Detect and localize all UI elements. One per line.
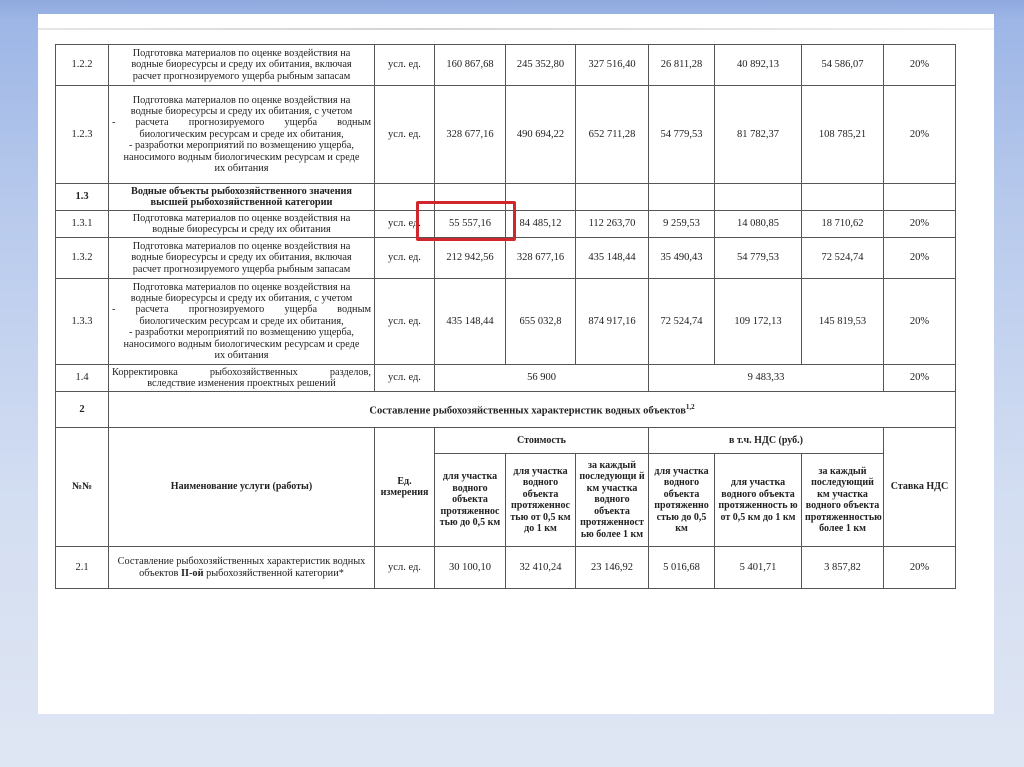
- vat-amount-value: 81 782,37: [715, 86, 802, 184]
- vat-rate: 20%: [884, 238, 956, 279]
- empty-cell: [576, 184, 649, 211]
- cost-value: 212 942,56: [435, 238, 506, 279]
- vat-amount-value: 35 490,43: [649, 238, 715, 279]
- unit-cell: усл. ед.: [375, 547, 435, 589]
- table-row: 1.2.2Подготовка материалов по оценке воз…: [56, 45, 956, 86]
- description-line: высшей рыбохозяйственной категории: [112, 197, 371, 208]
- empty-cell: [506, 184, 576, 211]
- row-number: 1.4: [56, 365, 109, 392]
- vat-amount-value: 14 080,85: [715, 211, 802, 238]
- table-row: 2.1Составление рыбохозяйственных характе…: [56, 547, 956, 589]
- unit-cell: усл. ед.: [375, 238, 435, 279]
- header-vat-group: в т.ч. НДС (руб.): [649, 428, 884, 454]
- description-line: Подготовка материалов по оценке воздейст…: [112, 48, 371, 59]
- description-line: Подготовка материалов по оценке воздейст…: [112, 282, 371, 293]
- cost-value: 435 148,44: [435, 279, 506, 365]
- description-line: водные биоресурсы и среду их обитания, в…: [112, 59, 371, 70]
- vat-amount-value: 72 524,74: [649, 279, 715, 365]
- row-number: 1.2.3: [56, 86, 109, 184]
- table-row: 1.3.3Подготовка материалов по оценке воз…: [56, 279, 956, 365]
- table-row: 1.2.3Подготовка материалов по оценке воз…: [56, 86, 956, 184]
- vat-amount-value: 26 811,28: [649, 45, 715, 86]
- vat-rate: 20%: [884, 45, 956, 86]
- header-vat-col: для участка водного объекта протяженно с…: [649, 454, 715, 547]
- description-line: расчет прогнозируемого ущерба рыбным зап…: [112, 71, 371, 82]
- vat-amount-merged: 9 483,33: [649, 365, 884, 392]
- vat-amount-value: 145 819,53: [802, 279, 884, 365]
- service-description: Подготовка материалов по оценке воздейст…: [109, 45, 375, 86]
- section-title-row: 2Составление рыбохозяйственных характери…: [56, 392, 956, 428]
- cost-value: 874 917,16: [576, 279, 649, 365]
- vat-amount-value: 40 892,13: [715, 45, 802, 86]
- description-text: рыбохозяйственной категории*: [204, 568, 344, 579]
- section-number: 2: [56, 392, 109, 428]
- empty-cell: [649, 184, 715, 211]
- service-description: Подготовка материалов по оценке воздейст…: [109, 279, 375, 365]
- vat-amount-value: 72 524,74: [802, 238, 884, 279]
- description-line: биологическим ресурсам и среде их обитан…: [112, 129, 371, 140]
- header-cost-col: для участка водного объекта протяженнос …: [506, 454, 576, 547]
- vat-amount-value: 54 779,53: [715, 238, 802, 279]
- section-title: Составление рыбохозяйственных характерис…: [109, 392, 956, 428]
- header-number: №№: [56, 428, 109, 547]
- description-line: - расчета прогнозируемого ущерба водным: [112, 117, 371, 128]
- cost-value: 112 263,70: [576, 211, 649, 238]
- highlight-box: [416, 201, 516, 241]
- cost-value: 245 352,80: [506, 45, 576, 86]
- empty-cell: [802, 184, 884, 211]
- section-heading: Водные объекты рыбохозяйственного значен…: [109, 184, 375, 211]
- vat-amount-value: 18 710,62: [802, 211, 884, 238]
- cost-value: 490 694,22: [506, 86, 576, 184]
- description-line: Подготовка материалов по оценке воздейст…: [112, 213, 371, 224]
- vat-amount-value: 54 586,07: [802, 45, 884, 86]
- unit-cell: усл. ед.: [375, 86, 435, 184]
- description-line: Подготовка материалов по оценке воздейст…: [112, 241, 371, 252]
- vat-amount-value: 54 779,53: [649, 86, 715, 184]
- description-line: наносимого водным биологическим ресурсам…: [112, 152, 371, 163]
- empty-cell: [715, 184, 802, 211]
- vat-rate: 20%: [884, 86, 956, 184]
- cost-value: 30 100,10: [435, 547, 506, 589]
- vat-rate: 20%: [884, 211, 956, 238]
- vat-rate: 20%: [884, 547, 956, 589]
- description-line: - разработки мероприятий по возмещению у…: [112, 140, 371, 151]
- row-number: 1.3.2: [56, 238, 109, 279]
- empty-cell: [884, 184, 956, 211]
- unit-cell: усл. ед.: [375, 365, 435, 392]
- row-number: 1.3.1: [56, 211, 109, 238]
- service-description: Подготовка материалов по оценке воздейст…: [109, 238, 375, 279]
- cost-value: 328 677,16: [506, 238, 576, 279]
- description-line: их обитания: [112, 163, 371, 174]
- cost-value: 327 516,40: [576, 45, 649, 86]
- header-name: Наименование услуги (работы): [109, 428, 375, 547]
- vat-rate: 20%: [884, 279, 956, 365]
- table-row: 1.4Корректировка рыбохозяйственных разде…: [56, 365, 956, 392]
- cost-value: 23 146,92: [576, 547, 649, 589]
- header-unit: Ед. измерения: [375, 428, 435, 547]
- description-line: Водные объекты рыбохозяйственного значен…: [112, 186, 371, 197]
- cost-value: 328 677,16: [435, 86, 506, 184]
- description-line: - расчета прогнозируемого ущерба водным: [112, 304, 371, 315]
- unit-cell: усл. ед.: [375, 279, 435, 365]
- vat-amount-value: 5 016,68: [649, 547, 715, 589]
- vat-amount-value: 109 172,13: [715, 279, 802, 365]
- row-number: 2.1: [56, 547, 109, 589]
- section-title-text: Составление рыбохозяйственных характерис…: [369, 405, 686, 416]
- description-line: - разработки мероприятий по возмещению у…: [112, 327, 371, 338]
- description-text: II-ой: [181, 568, 204, 579]
- service-description: Корректировка рыбохозяйственных разделов…: [109, 365, 375, 392]
- description-line: водные биоресурсы и среду их обитания, в…: [112, 252, 371, 263]
- header-cost-col: за каждый последующи й км участка водног…: [576, 454, 649, 547]
- description-line: расчет прогнозируемого ущерба рыбным зап…: [112, 264, 371, 275]
- row-number: 1.2.2: [56, 45, 109, 86]
- row-number: 1.3.3: [56, 279, 109, 365]
- vat-rate: 20%: [884, 365, 956, 392]
- description-line: их обитания: [112, 350, 371, 361]
- header-row: №№Наименование услуги (работы)Ед. измере…: [56, 428, 956, 454]
- cost-value: 655 032,8: [506, 279, 576, 365]
- header-vat-col: за каждый последующий км участка водного…: [802, 454, 884, 547]
- vat-amount-value: 3 857,82: [802, 547, 884, 589]
- cost-value: 32 410,24: [506, 547, 576, 589]
- header-cost-group: Стоимость: [435, 428, 649, 454]
- description-line: биологическим ресурсам и среде их обитан…: [112, 316, 371, 327]
- header-vat-col: для участка водного объекта протяженност…: [715, 454, 802, 547]
- cost-merged: 56 900: [435, 365, 649, 392]
- cost-value: 160 867,68: [435, 45, 506, 86]
- header-vat-rate: Ставка НДС: [884, 428, 956, 547]
- footnote-ref: 1,2: [686, 403, 695, 411]
- description-line: наносимого водным биологическим ресурсам…: [112, 339, 371, 350]
- description-line: вследствие изменения проектных решений: [112, 378, 371, 389]
- cost-value: 435 148,44: [576, 238, 649, 279]
- scan-edge-line: [38, 28, 994, 30]
- vat-amount-value: 5 401,71: [715, 547, 802, 589]
- vat-amount-value: 108 785,21: [802, 86, 884, 184]
- cost-value: 84 485,12: [506, 211, 576, 238]
- description-line: водные биоресурсы и среду их обитания, с…: [112, 293, 371, 304]
- cost-value: 652 711,28: [576, 86, 649, 184]
- description-line: водные биоресурсы и среду их обитания, с…: [112, 106, 371, 117]
- description-line: Подготовка материалов по оценке воздейст…: [112, 95, 371, 106]
- description-line: водные биоресурсы и среду их обитания: [112, 224, 371, 235]
- service-description: Подготовка материалов по оценке воздейст…: [109, 86, 375, 184]
- vat-amount-value: 9 259,53: [649, 211, 715, 238]
- tariff-table: 1.2.2Подготовка материалов по оценке воз…: [55, 44, 956, 589]
- row-number: 1.3: [56, 184, 109, 211]
- unit-cell: усл. ед.: [375, 45, 435, 86]
- service-description: Подготовка материалов по оценке воздейст…: [109, 211, 375, 238]
- description-line: Корректировка рыбохозяйственных разделов…: [112, 367, 371, 378]
- table-row: 1.3.2Подготовка материалов по оценке воз…: [56, 238, 956, 279]
- service-description: Составление рыбохозяйственных характерис…: [109, 547, 375, 589]
- header-cost-col: для участка водного объекта протяженнос …: [435, 454, 506, 547]
